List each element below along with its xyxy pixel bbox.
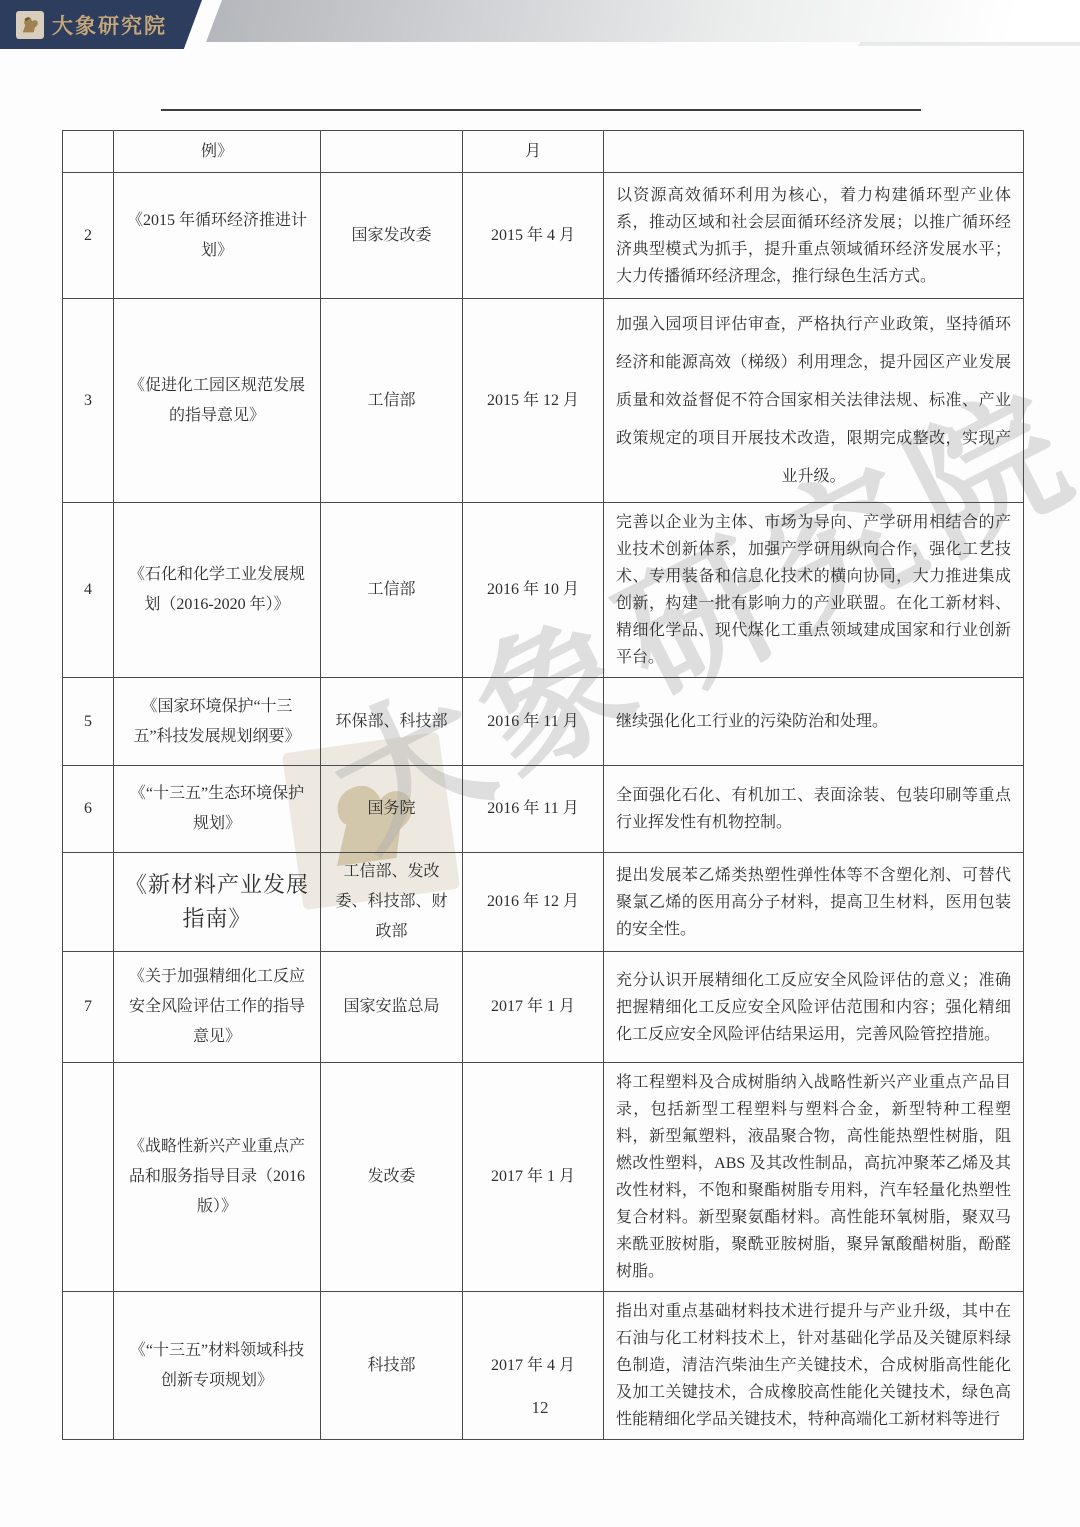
policy-name-cell: 《石化和化学工业发展规划（2016-2020 年）》 — [114, 503, 321, 678]
brand-bar: 大象研究院 — [0, 0, 202, 49]
agency-cell: 环保部、科技部 — [321, 678, 463, 766]
row-number-cell: 2 — [63, 173, 114, 299]
date-cell: 月 — [463, 131, 604, 173]
description-cell: 以资源高效循环利用为核心，着力构建循环型产业体系，推动区域和社会层面循环经济发展… — [604, 173, 1024, 299]
policy-table: 例》 月 2 《2015 年循环经济推进计划》 国家发改委 2015 年 4 月… — [62, 130, 1024, 1440]
description-cell: 继续强化化工行业的污染防治和处理。 — [604, 678, 1024, 766]
policy-name-cell: 《2015 年循环经济推进计划》 — [114, 173, 321, 299]
row-number-cell: 4 — [63, 503, 114, 678]
agency-cell: 国务院 — [321, 766, 463, 853]
date-cell: 2016 年 12 月 — [463, 853, 604, 952]
table-row: 《新材料产业发展指南》 工信部、发改委、科技部、财政部 2016 年 12 月 … — [63, 853, 1024, 952]
table-row: 5 《国家环境保护“十三五”科技发展规划纲要》 环保部、科技部 2016 年 1… — [63, 678, 1024, 766]
policy-name-cell: 《促进化工园区规范发展的指导意见》 — [114, 299, 321, 503]
description-cell: 完善以企业为主体、市场为导向、产学研用相结合的产业技术创新体系，加强产学研用纵向… — [604, 503, 1024, 678]
description-cell: 充分认识开展精细化工反应安全风险评估的意义；准确把握精细化工反应安全风险评估范围… — [604, 952, 1024, 1063]
date-cell: 2015 年 12 月 — [463, 299, 604, 503]
date-cell: 2016 年 11 月 — [463, 678, 604, 766]
policy-name-cell: 《新材料产业发展指南》 — [114, 853, 321, 952]
date-cell: 2016 年 10 月 — [463, 503, 604, 678]
agency-cell: 发改委 — [321, 1063, 463, 1292]
row-number-cell: 5 — [63, 678, 114, 766]
table-row: 7 《关于加强精细化工反应安全风险评估工作的指导意见》 国家安监总局 2017 … — [63, 952, 1024, 1063]
policy-name-cell: 《关于加强精细化工反应安全风险评估工作的指导意见》 — [114, 952, 321, 1063]
header-gray-band — [206, 0, 1080, 42]
table-row: 3 《促进化工园区规范发展的指导意见》 工信部 2015 年 12 月 加强入园… — [63, 299, 1024, 503]
date-cell: 2015 年 4 月 — [463, 173, 604, 299]
date-cell: 2017 年 1 月 — [463, 1063, 604, 1292]
report-page: 大象研究院 大象研究院 例》 月 2 《2015 年循环经济推进计划》 国家发改… — [0, 0, 1080, 1527]
table-row: 4 《石化和化学工业发展规划（2016-2020 年）》 工信部 2016 年 … — [63, 503, 1024, 678]
row-number-cell — [63, 853, 114, 952]
agency-cell: 工信部、发改委、科技部、财政部 — [321, 853, 463, 952]
description-cell: 提出发展苯乙烯类热塑性弹性体等不含塑化剂、可替代聚氯乙烯的医用高分子材料，提高卫… — [604, 853, 1024, 952]
row-number-cell — [63, 1063, 114, 1292]
row-number-cell: 7 — [63, 952, 114, 1063]
policy-name-cell: 《“十三五”生态环境保护规划》 — [114, 766, 321, 853]
table-row: 2 《2015 年循环经济推进计划》 国家发改委 2015 年 4 月 以资源高… — [63, 173, 1024, 299]
agency-cell: 国家发改委 — [321, 173, 463, 299]
policy-name-cell: 例》 — [114, 131, 321, 173]
table-row: 《战略性新兴产业重点产品和服务指导目录（2016 版）》 发改委 2017 年 … — [63, 1063, 1024, 1292]
agency-cell — [321, 131, 463, 173]
date-cell: 2017 年 1 月 — [463, 952, 604, 1063]
table-row: 例》 月 — [63, 131, 1024, 173]
header-divider — [161, 109, 921, 111]
row-number-cell: 3 — [63, 299, 114, 503]
agency-cell: 国家安监总局 — [321, 952, 463, 1063]
elephant-logo-icon — [16, 11, 44, 39]
date-cell: 2016 年 11 月 — [463, 766, 604, 853]
description-cell — [604, 131, 1024, 173]
table-row: 6 《“十三五”生态环境保护规划》 国务院 2016 年 11 月 全面强化石化… — [63, 766, 1024, 853]
description-cell: 将工程塑料及合成树脂纳入战略性新兴产业重点产品目录，包括新型工程塑料与塑料合金，… — [604, 1063, 1024, 1292]
row-number-cell — [63, 131, 114, 173]
page-number: 12 — [0, 1398, 1080, 1418]
description-cell: 加强入园项目评估审查，严格执行产业政策，坚持循环经济和能源高效（梯级）利用理念，… — [604, 299, 1024, 503]
agency-cell: 工信部 — [321, 503, 463, 678]
brand-title: 大象研究院 — [52, 10, 167, 40]
policy-name-cell: 《国家环境保护“十三五”科技发展规划纲要》 — [114, 678, 321, 766]
row-number-cell: 6 — [63, 766, 114, 853]
policy-name-cell: 《战略性新兴产业重点产品和服务指导目录（2016 版）》 — [114, 1063, 321, 1292]
agency-cell: 工信部 — [321, 299, 463, 503]
description-cell: 全面强化石化、有机加工、表面涂装、包装印刷等重点行业挥发性有机物控制。 — [604, 766, 1024, 853]
